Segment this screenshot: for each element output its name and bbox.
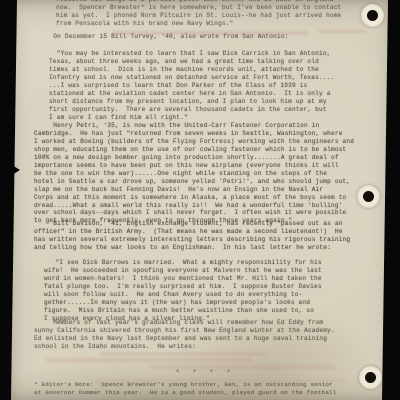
paragraph-petri: Henry Petri, '35, is now with the United… (34, 122, 379, 225)
editors-note-footnote: * Editor's Note: Spence Brewster's young… (34, 381, 384, 397)
photo-background: received his wings as a pursuit pilot la… (0, 0, 400, 400)
ink-bleed-mark (100, 352, 266, 356)
typewritten-text-block: received his wings as a pursuit pilot la… (0, 0, 400, 400)
paragraph-letter-continuation: received his wings as a pursuit pilot la… (56, 0, 400, 28)
hole-opening (367, 10, 378, 21)
paragraph-davison-introduction: Bill Davison, '41, English exchange stud… (34, 220, 379, 252)
paragraph-eddy-introduction: Members of last year's graduating class … (34, 319, 379, 351)
paragraph-davison-letter-quote: "I see Dick Barrows is married. What a m… (44, 259, 389, 323)
hole-opening (365, 372, 376, 383)
ink-bleed-mark (95, 379, 345, 382)
paragraph-turvey-letter-quote: "You may be interested to learn that I s… (49, 50, 394, 122)
ink-bleed-mark (46, 358, 252, 362)
asterisk-separator: * * * * (34, 369, 374, 377)
ink-bleed-mark (150, 365, 336, 369)
ink-bleed-mark (112, 31, 308, 35)
ink-bleed-mark (318, 30, 366, 33)
document-page: received his wings as a pursuit pilot la… (0, 0, 400, 400)
paper-edge-notch (9, 163, 20, 177)
hole-opening (363, 191, 374, 202)
